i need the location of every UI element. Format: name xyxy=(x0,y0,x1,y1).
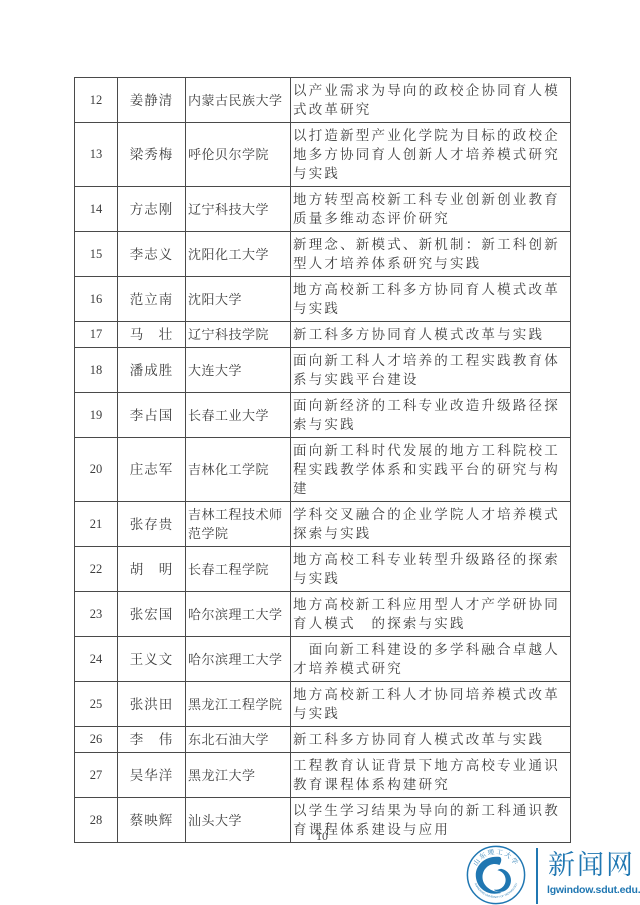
university-cell: 东北石油大学 xyxy=(186,727,291,753)
awards-table-body: 12 姜静清 内蒙古民族大学 以产业需求为导向的政校企协同育人模式改革研究 13… xyxy=(75,78,571,843)
university-cell: 呼伦贝尔学院 xyxy=(186,123,291,187)
table-row: 25 张洪田 黑龙江工程学院 地方高校新工科人才协同培养模式改革与实践 xyxy=(75,682,571,727)
name-cell: 方志刚 xyxy=(118,187,186,232)
seal-top-text: 山东理工大学 xyxy=(471,848,521,868)
table-row: 16 范立南 沈阳大学 地方高校新工科多方协同育人模式改革与实践 xyxy=(75,277,571,322)
seal-year: 1956 xyxy=(491,890,501,895)
project-title-cell: 地方高校工科专业转型升级路径的探索与实践 xyxy=(291,547,571,592)
table-row: 19 李占国 长春工业大学 面向新经济的工科专业改造升级路径探索与实践 xyxy=(75,393,571,438)
site-name: 新闻网 xyxy=(548,850,635,881)
project-title-cell: 面向新工科建设的多学科融合卓越人才培养模式研究 xyxy=(291,637,571,682)
awards-table: 12 姜静清 内蒙古民族大学 以产业需求为导向的政校企协同育人模式改革研究 13… xyxy=(74,77,571,843)
project-title-cell: 面向新工科时代发展的地方工科院校工程实践教学体系和实践平台的研究与构建 xyxy=(291,438,571,502)
name-cell: 潘成胜 xyxy=(118,348,186,393)
table-row: 27 吴华洋 黑龙江大学 工程教育认证背景下地方高校专业通识教育课程体系构建研究 xyxy=(75,753,571,798)
project-title-cell: 新工科多方协同育人模式改革与实践 xyxy=(291,322,571,348)
project-title-cell: 新理念、新模式、新机制：新工科创新型人才培养体系研究与实践 xyxy=(291,232,571,277)
project-title-cell: 学科交叉融合的企业学院人才培养模式探索与实践 xyxy=(291,502,571,547)
table-row: 12 姜静清 内蒙古民族大学 以产业需求为导向的政校企协同育人模式改革研究 xyxy=(75,78,571,123)
seal-bottom-text: SHANDONG UNIVERSITY OF TECHNOLOGY xyxy=(474,882,519,899)
name-cell: 梁秀梅 xyxy=(118,123,186,187)
university-cell: 哈尔滨理工大学 xyxy=(186,637,291,682)
name-cell: 范立南 xyxy=(118,277,186,322)
name-cell: 李 伟 xyxy=(118,727,186,753)
row-number-cell: 18 xyxy=(75,348,118,393)
row-number-cell: 13 xyxy=(75,123,118,187)
row-number-cell: 22 xyxy=(75,547,118,592)
university-cell: 黑龙江工程学院 xyxy=(186,682,291,727)
name-cell: 张存贵 xyxy=(118,502,186,547)
watermark-divider xyxy=(536,848,538,904)
name-cell: 李志义 xyxy=(118,232,186,277)
name-cell: 庄志军 xyxy=(118,438,186,502)
row-number-cell: 25 xyxy=(75,682,118,727)
university-cell: 辽宁科技学院 xyxy=(186,322,291,348)
table-row: 24 王义文 哈尔滨理工大学 面向新工科建设的多学科融合卓越人才培养模式研究 xyxy=(75,637,571,682)
university-cell: 沈阳化工大学 xyxy=(186,232,291,277)
name-cell: 马 壮 xyxy=(118,322,186,348)
university-cell: 长春工业大学 xyxy=(186,393,291,438)
name-cell: 张宏国 xyxy=(118,592,186,637)
table-row: 22 胡 明 长春工程学院 地方高校工科专业转型升级路径的探索与实践 xyxy=(75,547,571,592)
table-row: 23 张宏国 哈尔滨理工大学 地方高校新工科应用型人才产学研协同育人模式 的探索… xyxy=(75,592,571,637)
project-title-cell: 新工科多方协同育人模式改革与实践 xyxy=(291,727,571,753)
row-number-cell: 19 xyxy=(75,393,118,438)
row-number-cell: 27 xyxy=(75,753,118,798)
row-number-cell: 16 xyxy=(75,277,118,322)
university-seal-logo: 山东理工大学 SHANDONG UNIVERSITY OF TECHNOLOGY… xyxy=(466,845,526,905)
name-cell: 姜静清 xyxy=(118,78,186,123)
name-cell: 李占国 xyxy=(118,393,186,438)
table-row: 21 张存贵 吉林工程技术师范学院 学科交叉融合的企业学院人才培养模式探索与实践 xyxy=(75,502,571,547)
row-number-cell: 24 xyxy=(75,637,118,682)
name-cell: 胡 明 xyxy=(118,547,186,592)
table-row: 13 梁秀梅 呼伦贝尔学院 以打造新型产业化学院为目标的政校企地多方协同育人创新… xyxy=(75,123,571,187)
project-title-cell: 地方转型高校新工科专业创新创业教育质量多维动态评价研究 xyxy=(291,187,571,232)
name-cell: 张洪田 xyxy=(118,682,186,727)
university-cell: 辽宁科技大学 xyxy=(186,187,291,232)
project-title-cell: 地方高校新工科人才协同培养模式改革与实践 xyxy=(291,682,571,727)
seal-swirl-emblem xyxy=(476,857,511,894)
project-title-cell: 面向新工科人才培养的工程实践教育体系与实践平台建设 xyxy=(291,348,571,393)
row-number-cell: 26 xyxy=(75,727,118,753)
page-number: 10 xyxy=(74,829,570,844)
seal-ring xyxy=(467,846,524,903)
university-cell: 内蒙古民族大学 xyxy=(186,78,291,123)
table-row: 20 庄志军 吉林化工学院 面向新工科时代发展的地方工科院校工程实践教学体系和实… xyxy=(75,438,571,502)
university-cell: 大连大学 xyxy=(186,348,291,393)
project-title-cell: 以打造新型产业化学院为目标的政校企地多方协同育人创新人才培养模式研究与实践 xyxy=(291,123,571,187)
university-cell: 吉林化工学院 xyxy=(186,438,291,502)
university-cell: 长春工程学院 xyxy=(186,547,291,592)
project-title-cell: 地方高校新工科应用型人才产学研协同育人模式 的探索与实践 xyxy=(291,592,571,637)
row-number-cell: 14 xyxy=(75,187,118,232)
row-number-cell: 20 xyxy=(75,438,118,502)
university-cell: 吉林工程技术师范学院 xyxy=(186,502,291,547)
site-url: lgwindow.sdut.edu.cn xyxy=(547,884,640,896)
university-cell: 黑龙江大学 xyxy=(186,753,291,798)
table-row: 26 李 伟 东北石油大学 新工科多方协同育人模式改革与实践 xyxy=(75,727,571,753)
row-number-cell: 15 xyxy=(75,232,118,277)
table-row: 17 马 壮 辽宁科技学院 新工科多方协同育人模式改革与实践 xyxy=(75,322,571,348)
table-row: 18 潘成胜 大连大学 面向新工科人才培养的工程实践教育体系与实践平台建设 xyxy=(75,348,571,393)
project-title-cell: 地方高校新工科多方协同育人模式改革与实践 xyxy=(291,277,571,322)
row-number-cell: 23 xyxy=(75,592,118,637)
row-number-cell: 17 xyxy=(75,322,118,348)
table-row: 15 李志义 沈阳化工大学 新理念、新模式、新机制：新工科创新型人才培养体系研究… xyxy=(75,232,571,277)
name-cell: 王义文 xyxy=(118,637,186,682)
project-title-cell: 以产业需求为导向的政校企协同育人模式改革研究 xyxy=(291,78,571,123)
project-title-cell: 工程教育认证背景下地方高校专业通识教育课程体系构建研究 xyxy=(291,753,571,798)
table-row: 14 方志刚 辽宁科技大学 地方转型高校新工科专业创新创业教育质量多维动态评价研… xyxy=(75,187,571,232)
row-number-cell: 21 xyxy=(75,502,118,547)
university-cell: 沈阳大学 xyxy=(186,277,291,322)
project-title-cell: 面向新经济的工科专业改造升级路径探索与实践 xyxy=(291,393,571,438)
name-cell: 吴华洋 xyxy=(118,753,186,798)
row-number-cell: 12 xyxy=(75,78,118,123)
university-cell: 哈尔滨理工大学 xyxy=(186,592,291,637)
document-page: 12 姜静清 内蒙古民族大学 以产业需求为导向的政校企协同育人模式改革研究 13… xyxy=(0,0,640,905)
